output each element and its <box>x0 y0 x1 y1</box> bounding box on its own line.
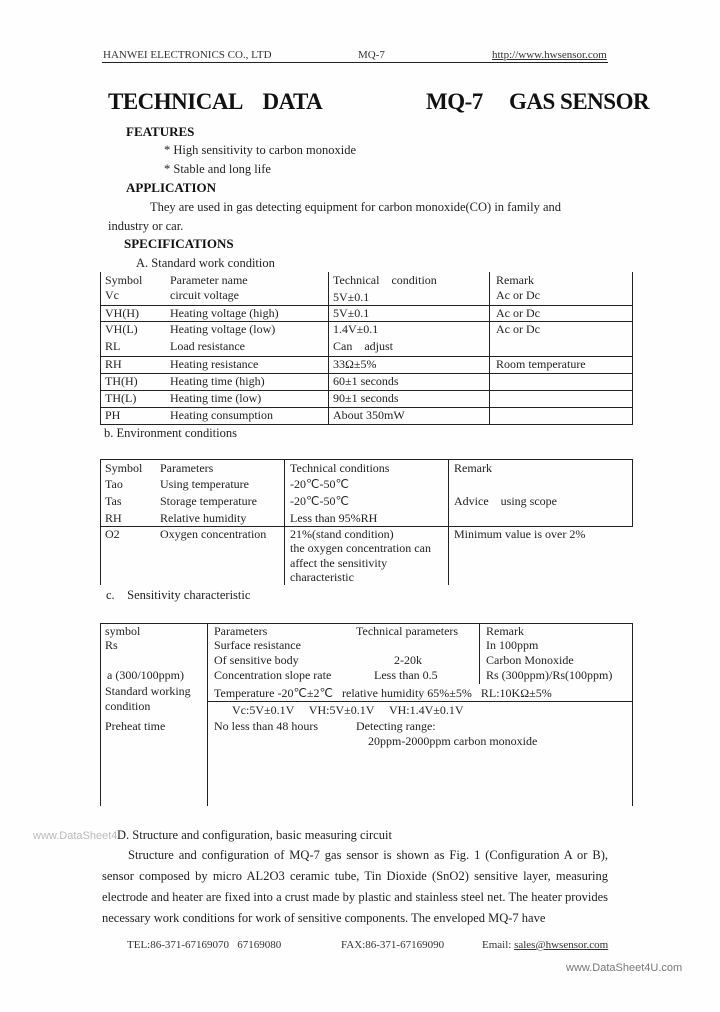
watermark-bottom: www.DataSheet4U.com <box>566 962 682 974</box>
table-cell: 60±1 seconds <box>333 374 399 389</box>
row-divider <box>100 424 633 425</box>
table-cell: No less than 48 hours <box>214 719 318 734</box>
specifications-heading: SPECIFICATIONS <box>124 236 234 252</box>
page-title: TECHNICAL DATA <box>108 89 322 115</box>
section-d-paragraph: Structure and configuration of MQ-7 gas … <box>102 845 608 929</box>
header-cell: Parameters <box>214 624 267 639</box>
application-text-cont: industry or car. <box>108 219 183 234</box>
table-cell: Temperature -20℃±2℃ relative humidity 65… <box>214 686 552 701</box>
application-text: They are used in gas detecting equipment… <box>150 200 561 215</box>
table-cell: VH(L) <box>105 322 138 337</box>
table-border <box>100 459 633 460</box>
header-cell: Parameters <box>160 461 213 476</box>
table-cell: Advice using scope <box>454 494 557 509</box>
table-border <box>448 459 449 585</box>
footer-fax: FAX:86-371-67169090 <box>341 939 444 951</box>
header-cell: Symbol <box>105 461 142 476</box>
table-cell: Less than 95%RH <box>290 511 377 526</box>
email-label: Email: <box>482 939 514 951</box>
table-border <box>328 272 329 424</box>
table-cell: TH(L) <box>105 391 136 406</box>
table-cell: In 100ppm <box>486 638 538 653</box>
table-cell: 1.4V±0.1 <box>333 322 378 337</box>
features-heading: FEATURES <box>126 124 194 140</box>
table-border <box>632 623 633 806</box>
table-cell: 5V±0.1 <box>333 306 369 321</box>
company-name: HANWEI ELECTRONICS CO., LTD <box>103 49 272 61</box>
table-cell: Tao <box>105 477 123 492</box>
header-cell: Technical parameters <box>356 624 458 639</box>
table-border <box>479 623 480 684</box>
table-cell: 2-20k <box>394 653 422 668</box>
table-cell: About 350mW <box>333 408 405 423</box>
table-cell: 20ppm-2000ppm carbon monoxide <box>368 734 537 749</box>
table-cell: -20℃-50℃ <box>290 494 349 509</box>
table-cell: Tas <box>105 494 122 509</box>
table-cell: the oxygen concentration can <box>290 541 431 556</box>
table-border <box>489 272 490 424</box>
table-cell: Using temperature <box>160 477 249 492</box>
table-cell: 21%(stand condition) <box>290 527 394 542</box>
table-cell: 90±1 seconds <box>333 391 399 406</box>
table-cell: Preheat time <box>105 719 165 734</box>
table-cell: Ac or Dc <box>496 322 540 337</box>
table-cell: PH <box>105 408 120 423</box>
table-cell: 5V±0.1 <box>333 290 369 305</box>
table-border <box>632 459 633 526</box>
table-cell: Vc <box>105 288 119 303</box>
table-cell: a (300/100ppm) <box>107 668 184 683</box>
table-cell: Vc:5V±0.1V VH:5V±0.1V VH:1.4V±0.1V <box>232 703 464 718</box>
table-cell: characteristic <box>290 570 354 585</box>
table-cell: RH <box>105 357 122 372</box>
table-cell: Of sensitive body <box>214 653 299 668</box>
table-b-caption: b. Environment conditions <box>104 426 237 441</box>
header-model: MQ-7 <box>358 49 385 61</box>
table-cell: Less than 0.5 <box>374 668 438 683</box>
footer-tel: TEL:86-371-67169070 67169080 <box>127 939 281 951</box>
table-cell: Surface resistance <box>214 638 301 653</box>
table-cell: Heating consumption <box>170 408 273 423</box>
table-cell: Room temperature <box>496 357 586 372</box>
table-cell: VH(H) <box>105 306 139 321</box>
table-cell: Detecting range: <box>356 719 436 734</box>
table-cell: Concentration slope rate <box>214 668 331 683</box>
table-cell: Standard working <box>105 684 191 699</box>
application-heading: APPLICATION <box>126 180 216 196</box>
row-divider <box>208 701 633 702</box>
table-c-caption: c. Sensitivity characteristic <box>106 588 250 603</box>
table-cell: Carbon Monoxide <box>486 653 574 668</box>
table-border <box>632 272 633 424</box>
table-cell: Minimum value is over 2% <box>454 527 585 542</box>
table-cell: Heating voltage (high) <box>170 306 279 321</box>
footer-email: Email: sales@hwsensor.com <box>482 939 608 951</box>
table-cell: RH <box>105 511 122 526</box>
header-cell: Remark <box>496 273 534 288</box>
header-cell: Remark <box>454 461 492 476</box>
header-cell: Symbol <box>105 273 142 288</box>
email-link[interactable]: sales@hwsensor.com <box>514 939 608 951</box>
table-cell: affect the sensitivity <box>290 556 387 571</box>
feature-item: * Stable and long life <box>164 162 271 177</box>
header-cell: Technical condition <box>333 273 437 288</box>
table-cell: -20℃-50℃ <box>290 477 349 492</box>
header-url-link[interactable]: http://www.hwsensor.com <box>492 49 607 61</box>
table-border <box>100 272 101 424</box>
product-title: MQ-7 GAS SENSOR <box>426 89 649 115</box>
table-border <box>100 459 101 585</box>
table-cell: 33Ω±5% <box>333 357 377 372</box>
header-cell: Remark <box>486 624 524 639</box>
table-cell: Load resistance <box>170 339 245 354</box>
table-a-caption: A. Standard work condition <box>136 256 275 271</box>
table-border <box>284 459 285 585</box>
table-cell: Heating time (low) <box>170 391 261 406</box>
table-cell: Ac or Dc <box>496 288 540 303</box>
table-cell: circuit voltage <box>170 288 239 303</box>
table-cell: Rs <box>105 638 118 653</box>
table-cell: TH(H) <box>105 374 138 389</box>
table-cell: Heating voltage (low) <box>170 322 275 337</box>
table-cell: Can adjust <box>333 339 393 354</box>
header-divider <box>102 62 608 63</box>
table-cell: Oxygen concentration <box>160 527 266 542</box>
table-cell: Heating time (high) <box>170 374 265 389</box>
table-cell: Storage temperature <box>160 494 257 509</box>
table-border <box>207 623 208 806</box>
section-d-heading: D. Structure and configuration, basic me… <box>117 828 392 843</box>
table-cell: Rs (300ppm)/Rs(100ppm) <box>486 668 612 683</box>
table-cell: Relative humidity <box>160 511 246 526</box>
table-cell: RL <box>105 339 120 354</box>
table-cell: O2 <box>105 527 120 542</box>
feature-item: * High sensitivity to carbon monoxide <box>164 143 356 158</box>
header-cell: Technical conditions <box>290 461 389 476</box>
table-cell: condition <box>105 699 150 714</box>
header-cell: Parameter name <box>170 273 248 288</box>
table-cell: Heating resistance <box>170 357 258 372</box>
header-cell: symbol <box>105 624 140 639</box>
table-cell: Ac or Dc <box>496 306 540 321</box>
table-border <box>100 623 101 806</box>
